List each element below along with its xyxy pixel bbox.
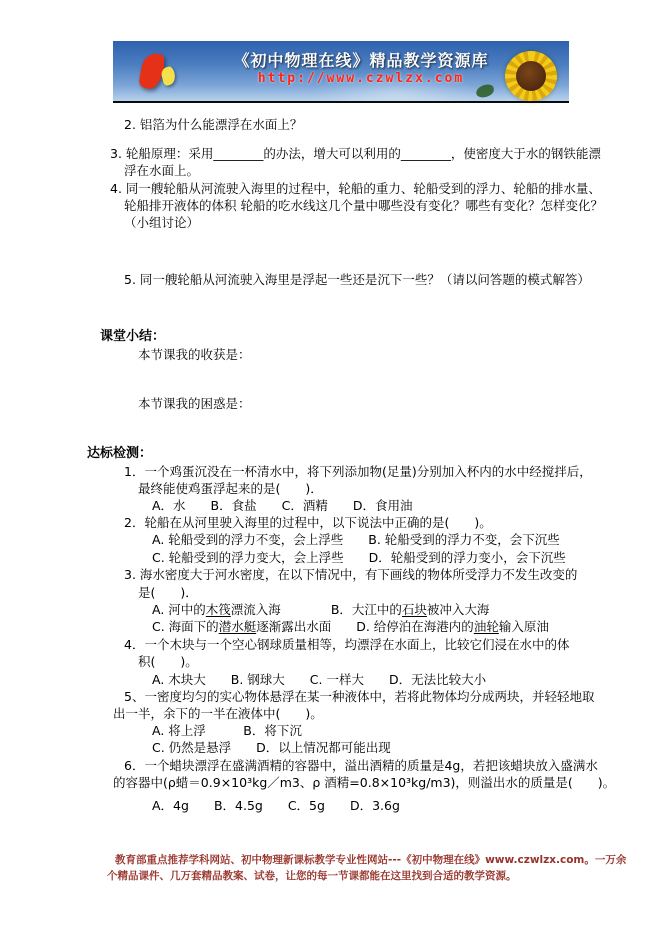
sunflower-center-icon bbox=[516, 61, 546, 91]
quiz-q6-line2: 的容器中(ρ蜡＝0.9×10³kg／m3、ρ 酒精=0.8×10³kg/m3)，… bbox=[113, 775, 615, 791]
quiz-q1-line1: 1．一个鸡蛋沉没在一杯清水中，将下列添加物(足量)分别加入杯内的水中经搅拌后， bbox=[124, 464, 592, 480]
quiz-q2-options-cd: C. 轮船受到的浮力变大，会上浮些 D．轮船受到的浮力变小，会下沉些 bbox=[152, 550, 566, 566]
quiz-q3-a-pre: A. 河中的 bbox=[152, 602, 206, 617]
quiz-q3-c-underlined: 潜水艇 bbox=[219, 619, 257, 634]
question-4-line1: 4. 同一艘轮船从河流驶入海里的过程中，轮船的重力、轮船受到的浮力、轮船的排水量… bbox=[110, 181, 601, 197]
summary-heading: 课堂小结： bbox=[100, 329, 165, 345]
footer-line2: 个精品课件、几万套精品教案、试卷，让您的每一节课都能在这里找到合适的教学资源。 bbox=[107, 868, 517, 883]
quiz-q5-options-cd: C. 仍然是悬浮 D．以上情况都可能出现 bbox=[152, 740, 391, 756]
footer-line1: 教育部重点推荐学科网站、初中物理新课标教学专业性网站---《初中物理在线》www… bbox=[115, 852, 626, 867]
quiz-q4-line1: 4．一个木块与一个空心钢球质量相等，均漂浮在水面上，比较它们浸在水中的体 bbox=[124, 637, 569, 653]
logo-flame-yellow-icon bbox=[160, 66, 177, 87]
site-banner: 《初中物理在线》精品教学资源库 http://www.czwlzx.com bbox=[113, 41, 569, 103]
quiz-q5-line1: 5、一密度均匀的实心物体悬浮在某一种液体中，若将此物体均分成两块，并轻轻地取 bbox=[124, 689, 594, 705]
quiz-q3-gap2 bbox=[331, 619, 356, 634]
quiz-q4-line2: 积( )。 bbox=[138, 654, 198, 670]
quiz-q6-line1: 6．一个蜡块漂浮在盛满酒精的容器中，溢出酒精的质量是4g，若把该蜡块放入盛满水 bbox=[124, 758, 598, 774]
quiz-q3-options-ab: A. 河中的木筏漂流入海 B．大江中的石块被冲入大海 bbox=[152, 602, 489, 618]
worksheet-page: 《初中物理在线》精品教学资源库 http://www.czwlzx.com 2.… bbox=[0, 0, 661, 936]
quiz-q3-b-post: 被冲入大海 bbox=[427, 602, 490, 617]
question-4-line3: （小组讨论） bbox=[124, 215, 199, 231]
quiz-q4-options: A. 木块大 B. 钢球大 C. 一样大 D．无法比较大小 bbox=[152, 672, 486, 688]
quiz-heading: 达标检测： bbox=[87, 446, 152, 462]
quiz-q3-a-post: 漂流入海 bbox=[231, 602, 281, 617]
site-logo-icon bbox=[135, 49, 181, 95]
quiz-q3-b-pre: B．大江中的 bbox=[331, 602, 402, 617]
quiz-q3-b-underlined: 石块 bbox=[402, 602, 427, 617]
quiz-q5-line2: 出一半，余下的一半在液体中( )。 bbox=[113, 706, 323, 722]
banner-title: 《初中物理在线》精品教学资源库 bbox=[201, 48, 521, 71]
question-4-line2: 轮船排开液体的体积 轮船的吃水线这几个量中哪些没有变化？哪些有变化？怎样变化？ bbox=[124, 198, 603, 214]
summary-confusion: 本节课我的困惑是： bbox=[138, 396, 251, 412]
quiz-q3-line2: 是( )． bbox=[138, 585, 198, 601]
quiz-q3-c-pre: C. 海面下的 bbox=[152, 619, 219, 634]
quiz-q6-options: A．4g B．4.5g C．5g D．3.6g bbox=[152, 798, 400, 814]
quiz-q3-line1: 3. 海水密度大于河水密度，在以下情况中，有下画线的物体所受浮力不发生改变的 bbox=[124, 567, 577, 583]
sunflower-icon bbox=[505, 51, 557, 101]
quiz-q1-line2: 最终能使鸡蛋浮起来的是( )． bbox=[138, 481, 323, 497]
question-2: 2. 铝箔为什么能漂浮在水面上？ bbox=[124, 117, 302, 133]
banner-url[interactable]: http://www.czwlzx.com bbox=[231, 71, 491, 86]
quiz-q3-a-underlined: 木筏 bbox=[206, 602, 231, 617]
quiz-q1-options: A．水 B．食盐 C．酒精 D．食用油 bbox=[152, 498, 412, 514]
question-3-line2: 浮在水面上。 bbox=[124, 163, 199, 179]
quiz-q3-options-cd: C. 海面下的潜水艇逐渐露出水面 D. 给停泊在海港内的油轮输入原油 bbox=[152, 619, 549, 635]
quiz-q3-gap bbox=[281, 602, 331, 617]
quiz-q3-d-underlined: 油轮 bbox=[474, 619, 499, 634]
question-5: 5. 同一艘轮船从河流驶入海里是浮起一些还是沉下一些？（请以问答题的模式解答） bbox=[124, 272, 590, 288]
quiz-q5-options-ab: A. 将上浮 B．将下沉 bbox=[152, 723, 302, 739]
quiz-q3-d-pre: D. 给停泊在海港内的 bbox=[356, 619, 474, 634]
quiz-q2-line1: 2．轮船在从河里驶入海里的过程中，以下说法中正确的是( )。 bbox=[124, 515, 492, 531]
summary-gain: 本节课我的收获是： bbox=[138, 347, 251, 363]
question-3-line1: 3. 轮船原理：采用________的办法，增大可以利用的________，使密… bbox=[110, 146, 601, 162]
quiz-q3-c-post: 逐渐露出水面 bbox=[256, 619, 331, 634]
quiz-q2-options-ab: A. 轮船受到的浮力不变，会上浮些 B. 轮船受到的浮力不变，会下沉些 bbox=[152, 532, 560, 548]
quiz-q3-d-post: 输入原油 bbox=[499, 619, 549, 634]
